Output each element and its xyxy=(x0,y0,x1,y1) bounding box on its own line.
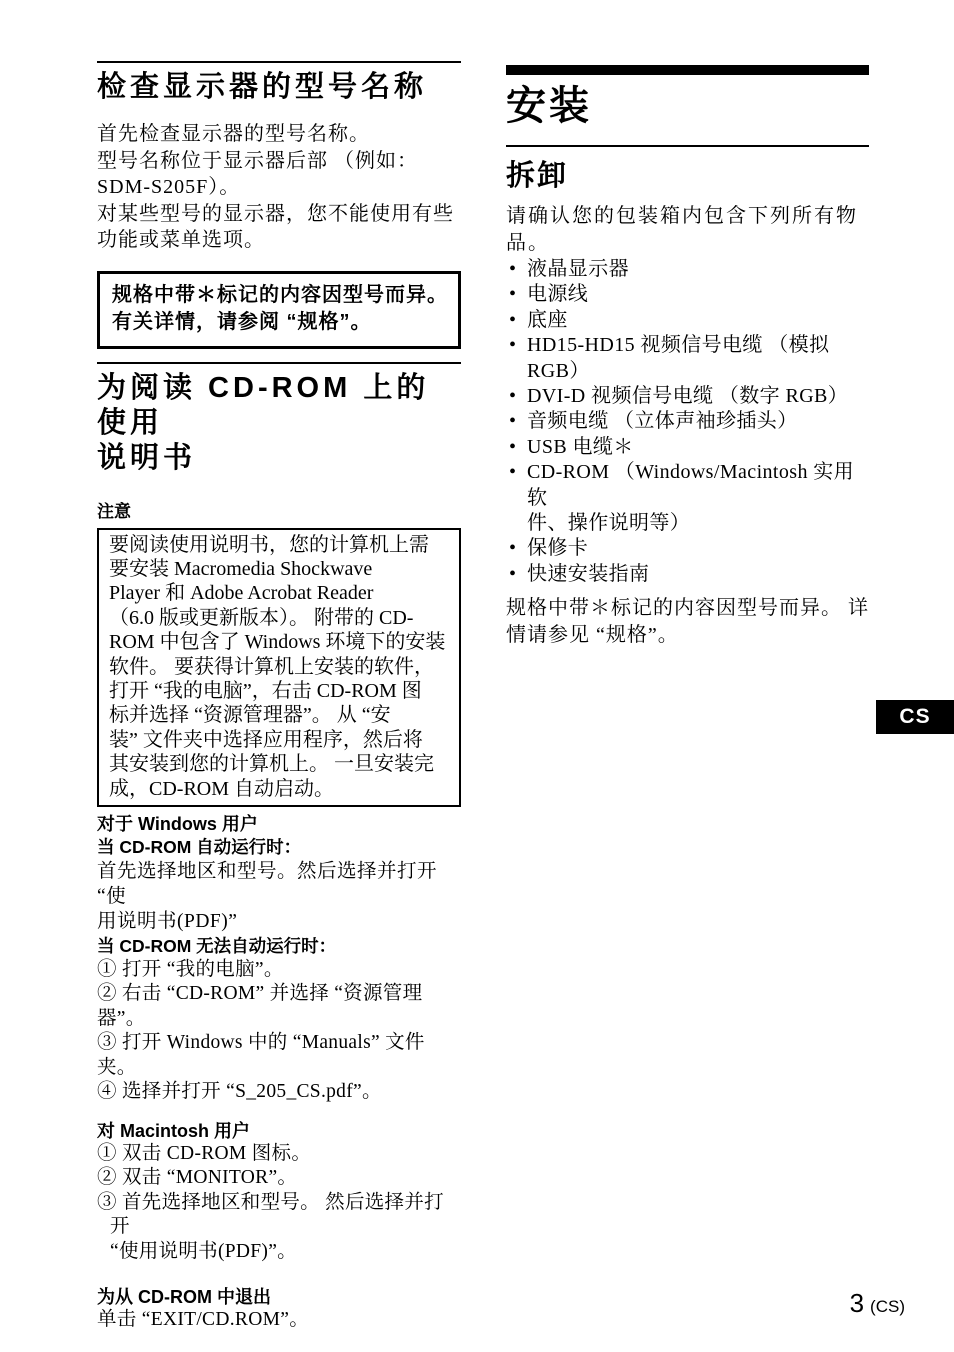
package-item: HD15-HD15 视频信号电缆 （模拟 RGB） xyxy=(506,333,869,384)
package-item: 音频电缆 （立体声袖珍插头） xyxy=(506,409,869,434)
package-item: 电源线 xyxy=(506,282,869,307)
section-title-unpacking: 拆卸 xyxy=(506,158,869,194)
windows-users-heading: 对于 Windows 用户 xyxy=(97,813,461,835)
unpacking-intro: 请确认您的包装箱内包含下列所有物 品。 xyxy=(506,203,869,256)
page-number: 3(CS) xyxy=(700,1288,905,1319)
check-model-paragraph: 首先检查显示器的型号名称。 型号名称位于显示器后部 （例如： SDM-S205F… xyxy=(97,121,461,254)
section-title-check-model: 检查显示器的型号名称 xyxy=(97,70,461,105)
chapter-title-setup: 安装 xyxy=(506,82,869,130)
cdrom-autorun-body: 首先选择地区和型号。然后选择并打开 “使 用说明书(PDF)” xyxy=(97,859,461,934)
package-item: 保修卡 xyxy=(506,536,869,561)
windows-step-2: ② 右击 “CD-ROM” 并选择 “资源管理器”。 xyxy=(97,982,461,1031)
package-item: 底座 xyxy=(506,308,869,333)
exit-cdrom-heading: 为从 CD-ROM 中退出 xyxy=(97,1286,461,1308)
section-divider xyxy=(97,61,461,63)
package-item: 快速安装指南 xyxy=(506,562,869,587)
spec-note-box: 规格中带＊标记的内容因型号而异。 有关详情，请参阅 “规格”。 xyxy=(97,271,461,349)
exit-cdrom-group: 为从 CD-ROM 中退出 单击 “EXIT/CD.ROM”。 xyxy=(97,1286,461,1333)
cdrom-autorun-heading: 当 CD-ROM 自动运行时： xyxy=(97,835,461,859)
left-column: 检查显示器的型号名称 首先检查显示器的型号名称。 型号名称位于显示器后部 （例如… xyxy=(97,0,461,1333)
spec-note: 规格中带＊标记的内容因型号而异。 详 情请参见 “规格”。 xyxy=(506,595,869,648)
section-divider xyxy=(97,362,461,364)
macintosh-users-heading: 对 Macintosh 用户 xyxy=(97,1120,461,1142)
package-contents-list: 液晶显示器 电源线 底座 HD15-HD15 视频信号电缆 （模拟 RGB） D… xyxy=(506,257,869,587)
right-column: 安装 拆卸 请确认您的包装箱内包含下列所有物 品。 液晶显示器 电源线 底座 H… xyxy=(506,0,869,648)
page-number-value: 3 xyxy=(850,1288,864,1318)
cs-language-badge: CS xyxy=(876,700,954,734)
macintosh-step-3: ③ 首先选择地区和型号。 然后选择并打开 “使用说明书(PDF)”。 xyxy=(97,1191,461,1265)
package-item: DVI-D 视频信号电缆 （数字 RGB） xyxy=(506,384,869,409)
manual-page: 检查显示器的型号名称 首先检查显示器的型号名称。 型号名称位于显示器后部 （例如… xyxy=(0,0,954,1352)
windows-step-3: ③ 打开 Windows 中的 “Manuals” 文件夹。 xyxy=(97,1031,461,1080)
exit-cdrom-body: 单击 “EXIT/CD.ROM”。 xyxy=(97,1308,461,1333)
windows-step-1: ① 打开 “我的电脑”。 xyxy=(97,958,461,983)
chapter-bar xyxy=(506,65,869,75)
windows-users-group: 对于 Windows 用户 当 CD-ROM 自动运行时： 首先选择地区和型号。… xyxy=(97,813,461,1105)
macintosh-step-2: ② 双击 “MONITOR”。 xyxy=(97,1166,461,1191)
note-label: 注意 xyxy=(97,502,461,522)
windows-step-4: ④ 选择并打开 “S_205_CS.pdf”。 xyxy=(97,1080,461,1105)
section-title-cdrom-manual: 为阅读 CD-ROM 上的使用 说明书 xyxy=(97,371,461,476)
package-item: 液晶显示器 xyxy=(506,257,869,282)
chapter-divider xyxy=(506,145,869,147)
macintosh-users-group: 对 Macintosh 用户 ① 双击 CD-ROM 图标。 ② 双击 “MON… xyxy=(97,1120,461,1265)
cdrom-note-box: 要阅读使用说明书，您的计算机上需 要安装 Macromedia Shockwav… xyxy=(97,528,461,807)
page-number-region: (CS) xyxy=(870,1297,905,1316)
cdrom-noautorun-heading: 当 CD-ROM 无法自动运行时： xyxy=(97,934,461,958)
package-item: CD-ROM （Windows/Macintosh 实用软 件、操作说明等） xyxy=(506,460,869,536)
macintosh-step-1: ① 双击 CD-ROM 图标。 xyxy=(97,1142,461,1167)
package-item: USB 电缆＊ xyxy=(506,435,869,460)
